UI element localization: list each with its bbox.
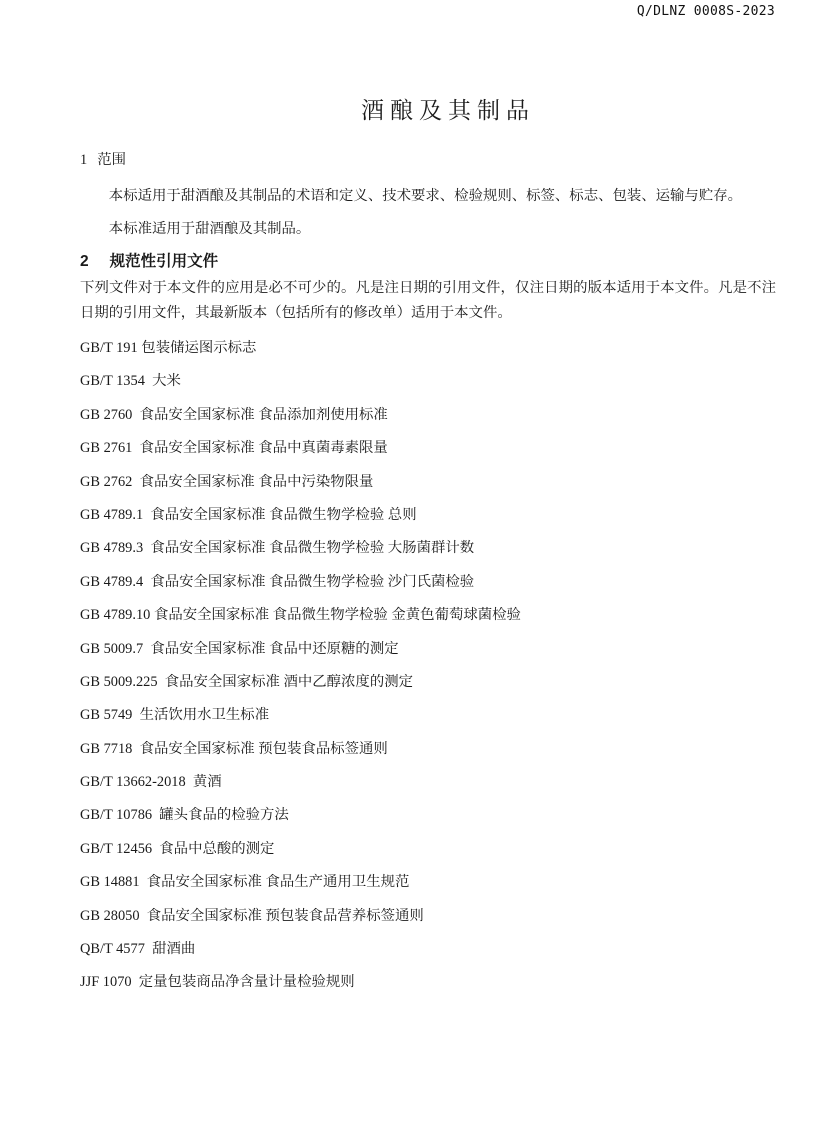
- section-heading-label: 范围: [97, 152, 126, 168]
- list-item: GB 5749 生活饮用水卫生标准: [80, 707, 776, 723]
- list-item: GB 7718 食品安全国家标准 预包装食品标签通则: [80, 741, 776, 757]
- list-item: GB 5009.7 食品安全国家标准 食品中还原糖的测定: [80, 641, 776, 657]
- list-item: GB 14881 食品安全国家标准 食品生产通用卫生规范: [80, 874, 776, 890]
- section-heading-normative-references: 2规范性引用文件: [80, 253, 776, 270]
- list-item: GB 2760 食品安全国家标准 食品添加剂使用标准: [80, 407, 776, 423]
- section-number: 1: [80, 152, 87, 168]
- document-page: Q/DLNZ 0008S-2023 酒酿及其制品 1范围 本标适用于甜酒酿及其制…: [0, 0, 816, 1123]
- list-item: JJF 1070 定量包装商品净含量计量检验规则: [80, 974, 776, 990]
- list-item: QB/T 4577 甜酒曲: [80, 941, 776, 957]
- document-body: 酒酿及其制品 1范围 本标适用于甜酒酿及其制品的术语和定义、技术要求、检验规则、…: [0, 0, 816, 990]
- list-item: GB 4789.10 食品安全国家标准 食品微生物学检验 金黄色葡萄球菌检验: [80, 607, 776, 623]
- list-item: GB/T 1354 大米: [80, 373, 776, 389]
- list-item: GB 5009.225 食品安全国家标准 酒中乙醇浓度的测定: [80, 674, 776, 690]
- list-item: GB/T 12456 食品中总酸的测定: [80, 841, 776, 857]
- standard-code-header: Q/DLNZ 0008S-2023: [637, 5, 775, 19]
- normative-references-intro: 下列文件对于本文件的应用是必不可少的。凡是注日期的引用文件，仅注日期的版本适用于…: [80, 276, 776, 326]
- list-item: GB 4789.3 食品安全国家标准 食品微生物学检验 大肠菌群计数: [80, 540, 776, 556]
- list-item: GB/T 13662-2018 黄酒: [80, 774, 776, 790]
- list-item: GB 4789.1 食品安全国家标准 食品微生物学检验 总则: [80, 507, 776, 523]
- reference-list: GB/T 191 包装储运图示标志GB/T 1354 大米GB 2760 食品安…: [80, 340, 776, 990]
- section-number: 2: [80, 253, 89, 270]
- list-item: GB/T 10786 罐头食品的检验方法: [80, 807, 776, 823]
- list-item: GB 28050 食品安全国家标准 预包装食品营养标签通则: [80, 908, 776, 924]
- list-item: GB 4789.4 食品安全国家标准 食品微生物学检验 沙门氏菌检验: [80, 574, 776, 590]
- list-item: GB 2761 食品安全国家标准 食品中真菌毒素限量: [80, 440, 776, 456]
- section-heading-scope: 1范围: [80, 152, 776, 168]
- list-item: GB/T 191 包装储运图示标志: [80, 340, 776, 356]
- section-heading-label: 规范性引用文件: [110, 253, 219, 270]
- scope-paragraph-2: 本标准适用于甜酒酿及其制品。: [80, 221, 776, 237]
- list-item: GB 2762 食品安全国家标准 食品中污染物限量: [80, 474, 776, 490]
- scope-paragraph-1: 本标适用于甜酒酿及其制品的术语和定义、技术要求、检验规则、标签、标志、包装、运输…: [80, 188, 776, 204]
